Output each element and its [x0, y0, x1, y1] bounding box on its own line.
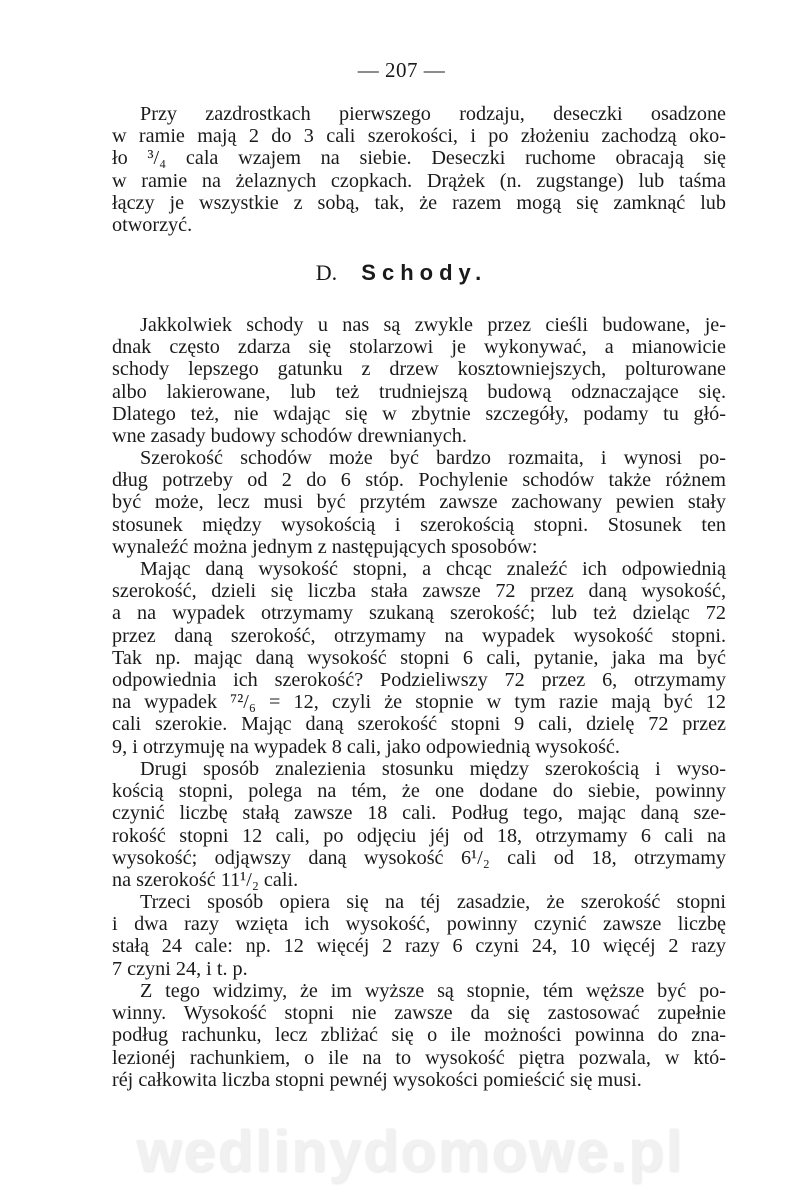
section-letter: D.: [316, 260, 337, 285]
paragraph-1: Jakkolwiek schody u nas są zwykle przez …: [112, 314, 726, 447]
text-line: Mając daną wysokość stopni, a chcąc znal…: [112, 558, 726, 580]
section-heading: D. Schody.: [0, 260, 803, 286]
paragraph-5: Trzeci sposób opiera się na téj zasadzie…: [112, 891, 726, 980]
text-line: albo lakierowane, lub też trudniejszą bu…: [112, 381, 726, 403]
text-line: Trzeci sposób opiera się na téj zasadzie…: [112, 891, 726, 913]
text-line: stałą 24 cale: np. 12 więcéj 2 razy 6 cz…: [112, 935, 726, 957]
text-line: 9, i otrzymuję na wypadek 8 cali, jako o…: [112, 736, 726, 758]
text-line: przez daną szerokość, otrzymamy na wypad…: [112, 625, 726, 647]
text-line: odpowiednia ich szerokość? Podzieliwszy …: [112, 669, 726, 691]
text-line: Dlatego też, nie wdając się w zbytnie sz…: [112, 403, 726, 425]
text-line: Tak np. mając daną wysokość stopni 6 cal…: [112, 647, 726, 669]
text-line: winny. Wysokość stopni nie zawsze da się…: [112, 1002, 726, 1024]
watermark: wedlinydomowe.pl: [60, 1118, 760, 1185]
text-line: i dwa razy wzięta ich wysokość, powinny …: [112, 913, 726, 935]
text-line: dnak często zdarza się stolarzowi je wyk…: [112, 336, 726, 358]
text-line: 7 czyni 24, i t. p.: [112, 958, 726, 980]
text-line: łączy je wszystkie z sobą, tak, że razem…: [112, 192, 726, 214]
text-line: czynić liczbę stałą zawsze 18 cali. Podł…: [112, 802, 726, 824]
text-line: kością stopni, polega na tém, że one dod…: [112, 780, 726, 802]
text-line: na wypadek ⁷²/₆ = 12, czyli że stopnie w…: [112, 691, 726, 713]
text-line: otworzyć.: [112, 214, 726, 236]
paragraph-2: Szerokość schodów może być bardzo rozmai…: [112, 447, 726, 558]
text-line: réj całkowita liczba stopni pewnéj wysok…: [112, 1069, 726, 1091]
text-line: a na wypadek otrzymamy szukaną szerokość…: [112, 602, 726, 624]
intro-paragraph: Przy zazdrostkach pierwszego rodzaju, de…: [112, 103, 726, 236]
text-line: Szerokość schodów może być bardzo rozmai…: [112, 447, 726, 469]
text-line: być może, lecz musi być przytém zawsze z…: [112, 491, 726, 513]
section-title: Schody.: [361, 260, 487, 285]
text-line: podług rachunku, lecz zbliżać się o ile …: [112, 1024, 726, 1046]
text-line: stosunek między wysokością i szerokością…: [112, 514, 726, 536]
page-number: — 207 —: [0, 58, 803, 83]
text-line: Z tego widzimy, że im wyższe są stopnie,…: [112, 980, 726, 1002]
text-line: wne zasady budowy schodów drewnianych.: [112, 425, 726, 447]
text-line: Jakkolwiek schody u nas są zwykle przez …: [112, 314, 726, 336]
text-line: rokość stopni 12 cali, po odjęciu jéj od…: [112, 825, 726, 847]
text-line: Drugi sposób znalezienia stosunku między…: [112, 758, 726, 780]
text-line: na szerokość 11¹/₂ cali.: [112, 869, 726, 891]
paragraph-6: Z tego widzimy, że im wyższe są stopnie,…: [112, 980, 726, 1091]
text-line: szerokość, dzieli się liczba stała zawsz…: [112, 580, 726, 602]
text-line: ło ³/₄ cala wzajem na siebie. Deseczki r…: [112, 147, 726, 169]
paragraph-4: Drugi sposób znalezienia stosunku między…: [112, 758, 726, 891]
text-line: lezionéj rachunkiem, o ile na to wysokoś…: [112, 1047, 726, 1069]
text-line: Przy zazdrostkach pierwszego rodzaju, de…: [112, 103, 726, 125]
text-line: dług potrzeby od 2 do 6 stóp. Pochylenie…: [112, 469, 726, 491]
text-line: cali szerokie. Mając daną szerokość stop…: [112, 713, 726, 735]
text-line: w ramie mają 2 do 3 cali szerokości, i p…: [112, 125, 726, 147]
text-line: wynaleźć można jednym z następujących sp…: [112, 536, 726, 558]
text-line: wysokość; odjąwszy daną wysokość 6¹/₂ ca…: [112, 847, 726, 869]
text-line: schody lepszego gatunku z drzew kosztown…: [112, 358, 726, 380]
text-line: w ramie na żelaznych czopkach. Drążek (n…: [112, 170, 726, 192]
paragraph-3: Mając daną wysokość stopni, a chcąc znal…: [112, 558, 726, 758]
